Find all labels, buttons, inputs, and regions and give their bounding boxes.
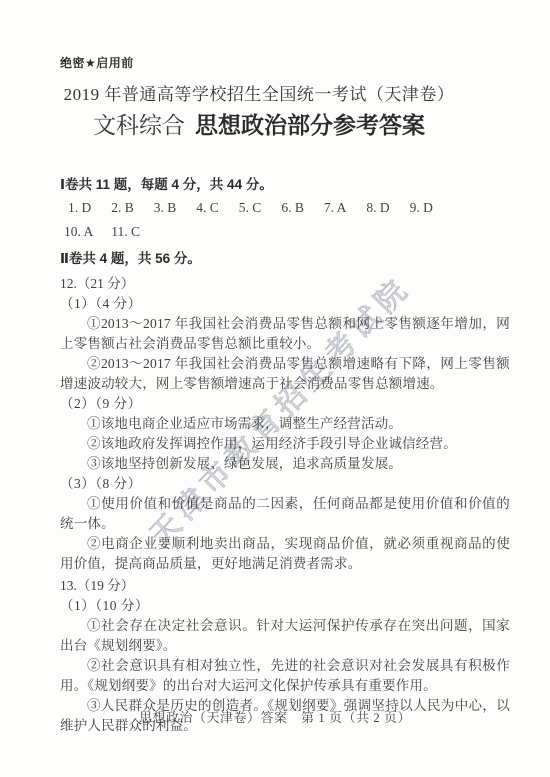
- part-label: （1）（4 分）: [60, 294, 510, 314]
- choice-answer: 2. B: [111, 199, 134, 217]
- section1-header: Ⅰ卷共 11 题，每题 4 分，共 44 分。: [60, 176, 510, 194]
- page-content: 绝密★启用前 2019 年普通高等学校招生全国统一考试（天津卷） 文科综合思想政…: [0, 0, 550, 736]
- choice-answer: 10. A: [64, 223, 93, 241]
- choice-answer: 7. A: [324, 199, 347, 217]
- choice-answers-row-2: 10. A 11. C: [60, 223, 510, 241]
- subject-title: 文科综合思想政治部分参考答案: [60, 109, 458, 142]
- question-number: 12.（21 分）: [60, 274, 510, 294]
- answer-point: ①社会存在决定社会意识。针对大运河保护传承存在突出问题，国家出台《规划纲要》。: [60, 616, 510, 656]
- answer-point: ③该地坚持创新发展、绿色发展，追求高质量发展。: [60, 454, 510, 474]
- exam-answer-sheet-page: 天津市教育招生考试院 绝密★启用前 2019 年普通高等学校招生全国统一考试（天…: [0, 0, 550, 777]
- answer-point: ①2013～2017 年我国社会消费品零售总额和网上零售额逐年增加，网上零售额占…: [60, 314, 510, 354]
- subject-title-prefix: 文科综合: [93, 113, 185, 138]
- title-block: 2019 年普通高等学校招生全国统一考试（天津卷） 文科综合思想政治部分参考答案: [60, 83, 510, 142]
- part-label: （1）（10 分）: [60, 596, 510, 616]
- section2-header: Ⅱ卷共 4 题，共 56 分。: [60, 250, 510, 268]
- choice-answer: 4. C: [196, 199, 219, 217]
- answer-point: ③人民群众是历史的创造者。《规划纲要》强调坚持以人民为中心，以维护人民群众的利益…: [60, 696, 510, 736]
- choice-answer: 11. C: [111, 223, 140, 241]
- subject-title-main: 思想政治部分参考答案: [195, 112, 425, 138]
- answer-point: ②电商企业要顺利地卖出商品，实现商品价值，就必须重视商品的使用价值，提高商品质量…: [60, 534, 510, 574]
- answer-point: ①该地电商企业适应市场需求，调整生产经营活动。: [60, 414, 510, 434]
- answer-point: ②2013～2017 年我国社会消费品零售总额增速略有下降，网上零售额增速波动较…: [60, 354, 510, 394]
- part-label: （3）（8 分）: [60, 474, 510, 494]
- answer-point: ②该地政府发挥调控作用，运用经济手段引导企业诚信经营。: [60, 434, 510, 454]
- choice-answer: 1. D: [68, 199, 91, 217]
- question-number: 13.（19 分）: [60, 576, 510, 596]
- exam-title: 2019 年普通高等学校招生全国统一考试（天津卷）: [60, 83, 458, 107]
- answer-point: ①使用价值和价值是商品的二因素，任何商品都是使用价值和价值的统一体。: [60, 494, 510, 534]
- choice-answer: 3. B: [154, 199, 177, 217]
- choice-answer: 5. C: [239, 199, 262, 217]
- confidential-label: 绝密★启用前: [60, 56, 510, 70]
- choice-answer: 9. D: [410, 199, 433, 217]
- choice-answer: 8. D: [366, 199, 389, 217]
- part-label: （2）（9 分）: [60, 394, 510, 414]
- choice-answer: 6. B: [281, 199, 304, 217]
- choice-answers-row-1: 1. D 2. B 3. B 4. C 5. C 6. B 7. A 8. D …: [60, 199, 510, 217]
- answer-point: ②社会意识具有相对独立性，先进的社会意识对社会发展具有积极作用。《规划纲要》的出…: [60, 656, 510, 696]
